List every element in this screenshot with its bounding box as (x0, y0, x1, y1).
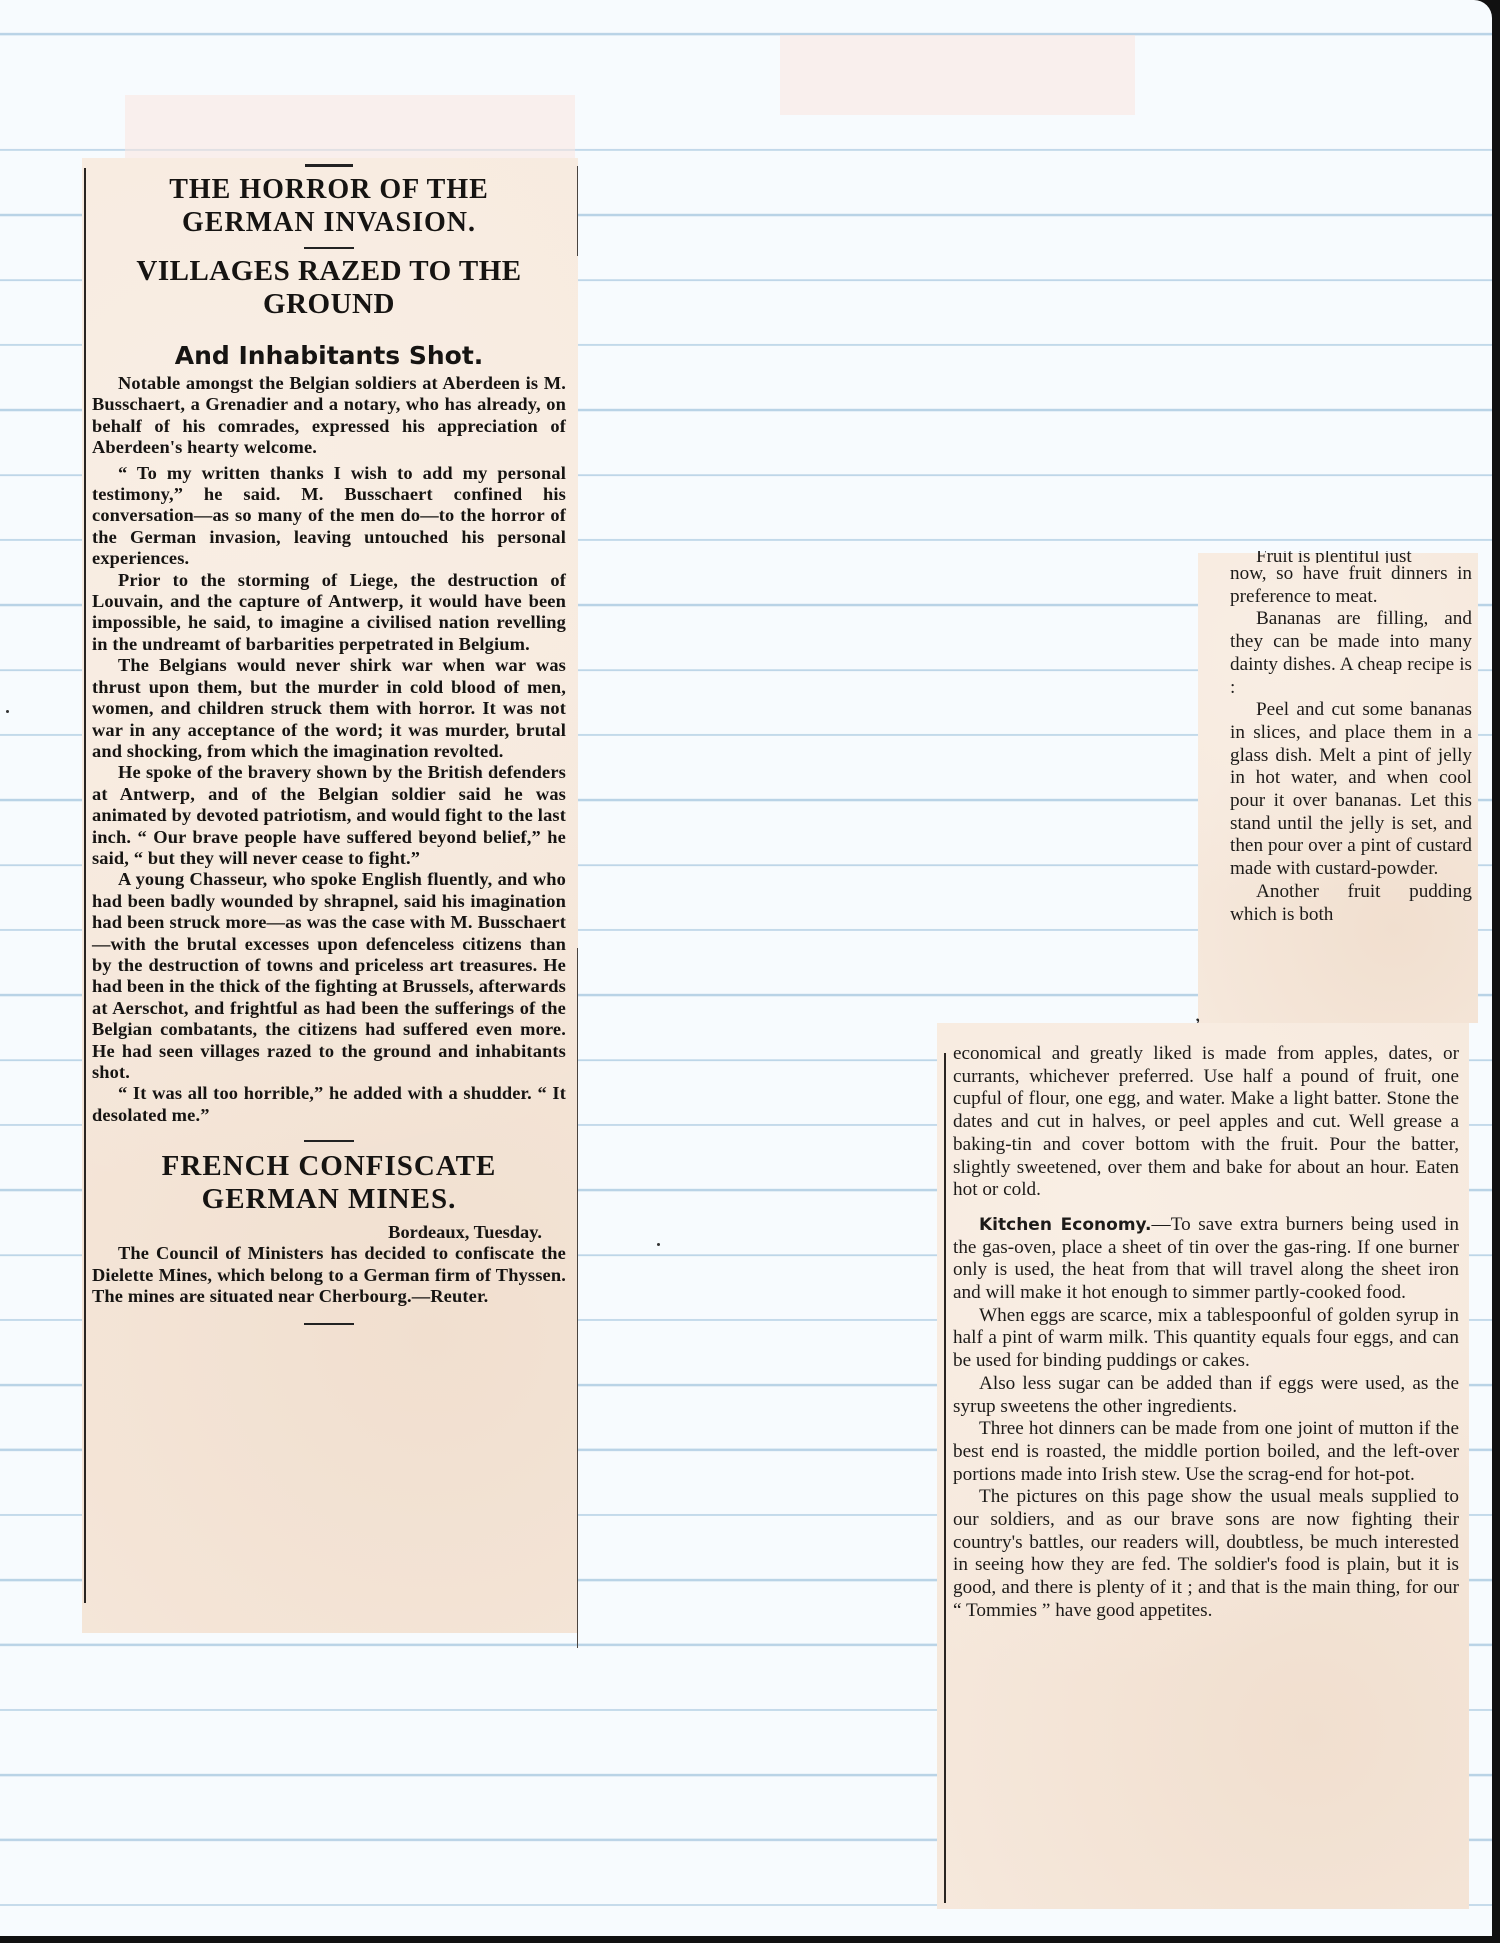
speck (6, 710, 9, 713)
headline-line: THE HORROR OF THE (92, 173, 566, 206)
paragraph: Peel and cut some bananas in slices, and… (1230, 699, 1472, 881)
clipping-german-invasion: THE HORROR OF THE GERMAN INVASION. VILLA… (82, 158, 578, 1633)
scrapbook-page: THE HORROR OF THE GERMAN INVASION. VILLA… (0, 0, 1492, 1936)
clipping-fruit-dinners-upper: Fruit is plentiful just now, so have fru… (1198, 553, 1478, 1023)
headline-line: FRENCH CONFISCATE (92, 1150, 566, 1183)
paragraph: Prior to the storming of Liege, the dest… (92, 570, 566, 656)
kitchen-economy-lead: Kitchen Economy. (979, 1215, 1152, 1235)
headline-line: GERMAN MINES. (92, 1183, 566, 1216)
top-dash (305, 164, 353, 167)
column-rule-right (577, 948, 579, 1648)
subheadline: And Inhabitants Shot. (92, 341, 566, 371)
bottom-dash (304, 1323, 354, 1325)
paragraph: The Council of Ministers has decided to … (92, 1243, 566, 1307)
dateline: Bordeaux, Tuesday. (92, 1222, 566, 1243)
paragraph: economical and greatly liked is made fro… (953, 1043, 1459, 1202)
paragraph: The Belgians would never shirk war when … (92, 655, 566, 762)
column-rule-left (944, 1053, 946, 1903)
headline-line: VILLAGES RAZED TO THE (92, 255, 566, 288)
ghost-clipping-mark-left (125, 95, 575, 165)
paragraph: “ It was all too horrible,” he added wit… (92, 1083, 566, 1126)
headline-horror: THE HORROR OF THE GERMAN INVASION. (92, 173, 566, 239)
divider (304, 247, 354, 249)
paragraph: When eggs are scarce, mix a tablespoonfu… (953, 1305, 1459, 1373)
paragraph: He spoke of the bravery shown by the Bri… (92, 762, 566, 869)
paragraph: Another fruit pudding which is both (1230, 881, 1472, 926)
paragraph: Bananas are filling, and they can be mad… (1230, 608, 1472, 699)
paragraph: A young Chasseur, who spoke English flue… (92, 869, 566, 1083)
column-rule-left (84, 168, 86, 1603)
clipping-kitchen-economy: economical and greatly liked is made fro… (937, 1023, 1469, 1909)
paragraph: Three hot dinners can be made from one j… (953, 1418, 1459, 1486)
headline-villages: VILLAGES RAZED TO THE GROUND (92, 255, 566, 321)
ghost-clipping-mark-right (780, 35, 1135, 115)
speck (657, 1243, 660, 1246)
paragraph: The pictures on this page show the usual… (953, 1486, 1459, 1622)
cut-first-line: Fruit is plentiful just (1230, 551, 1472, 563)
divider (304, 1140, 354, 1142)
paragraph: Notable amongst the Belgian soldiers at … (92, 373, 566, 459)
article-body: Notable amongst the Belgian soldiers at … (92, 373, 566, 1126)
headline-line: GROUND (92, 288, 566, 321)
paragraph: Also less sugar can be added than if egg… (953, 1373, 1459, 1418)
column-rule-right (577, 166, 579, 256)
paragraph: now, so have fruit dinners in preference… (1230, 563, 1472, 608)
headline-line: GERMAN INVASION. (92, 206, 566, 239)
headline-french-mines: FRENCH CONFISCATE GERMAN MINES. (92, 1150, 566, 1216)
paragraph: “ To my written thanks I wish to add my … (92, 463, 566, 570)
paragraph-kitchen-economy: Kitchen Economy.—To save extra burners b… (953, 1214, 1459, 1305)
